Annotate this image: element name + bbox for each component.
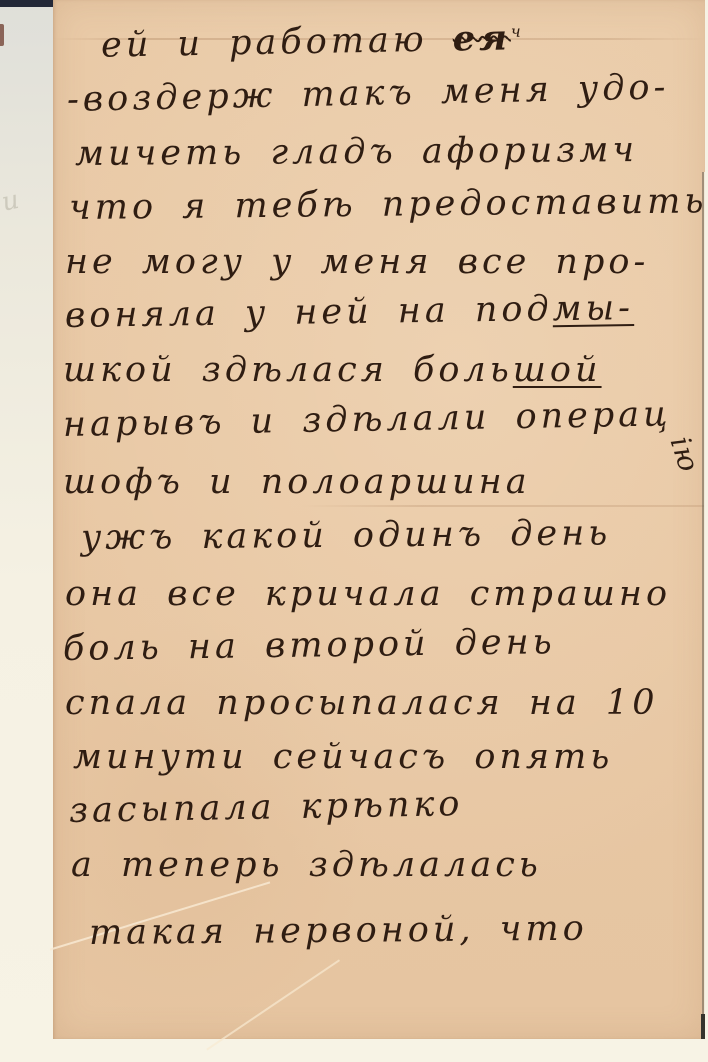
- scanner-background-bottom: [0, 1038, 708, 1062]
- handwritten-line: шофъ и полоаршина: [63, 454, 701, 510]
- scanner-background-left: [0, 0, 56, 1062]
- handwritten-line: такая нервоной, что: [89, 900, 701, 959]
- handwritten-line: засыпала крѣпко: [69, 773, 702, 838]
- paper-right-edge-sliver: [704, 172, 705, 1039]
- letter-paper: ей и работаю еяч-воздерж такъ меня удо-м…: [53, 0, 705, 1039]
- paper-corner-dark-mark: [701, 1014, 705, 1039]
- paper-crease-diagonal-2: [206, 959, 339, 1050]
- underlined-text: шой: [513, 350, 602, 390]
- handwritten-line: нарывъ и здѣлали операц: [63, 386, 702, 454]
- handwritten-line: воняла у ней на подмы-: [65, 280, 702, 343]
- scanner-edge-red-sliver: [0, 24, 4, 46]
- letter-text: ей и работаю еяч-воздерж такъ меня удо-м…: [61, 12, 701, 960]
- superscript-mark: ч: [511, 22, 521, 41]
- scanner-edge-dark-bar: [0, 0, 55, 7]
- handwritten-line: спала просыпалася на 10: [65, 676, 701, 730]
- struck-through-text: ея: [452, 18, 511, 60]
- handwritten-line: она все кричала страшно: [65, 566, 701, 622]
- handwritten-line: ужъ какой одинъ день: [81, 504, 701, 565]
- underlined-text: мы-: [552, 288, 634, 329]
- handwritten-line: боль на второй день: [63, 613, 702, 676]
- handwritten-line: а теперь здѣлалась: [71, 838, 701, 892]
- handwritten-line: что я тебѣ предоставить: [69, 174, 702, 235]
- handwritten-line: мичеть гладъ афоризмч: [75, 122, 701, 180]
